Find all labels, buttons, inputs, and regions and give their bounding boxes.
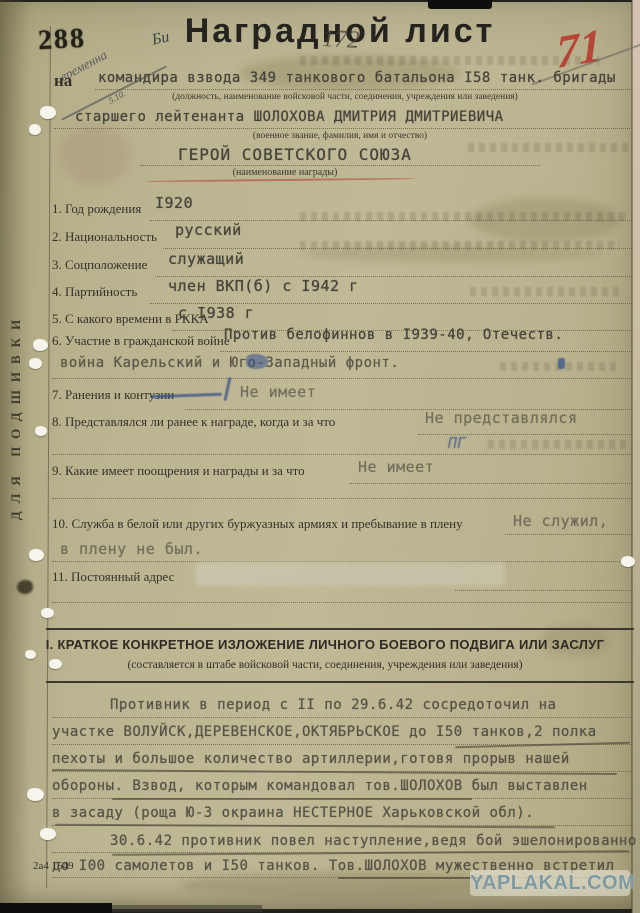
- hole: [49, 659, 62, 669]
- story-line-6: 30.6.42 противник повел наступление,ведя…: [52, 833, 640, 849]
- field-7-value: Не имеет: [240, 383, 316, 401]
- hole: [27, 788, 44, 801]
- pencil-underline: [338, 877, 483, 879]
- dotted-line: [95, 88, 630, 90]
- watermark: YAPLAKAL.COM: [470, 870, 630, 896]
- right-page-edge: [632, 0, 640, 913]
- dotted-line: [350, 482, 632, 484]
- field-9-value: Не имеет: [358, 458, 434, 476]
- story-line-2: участке ВОЛУЙСК,ДЕРЕВЕНСКОЕ,ОКТЯБРЬСКОЕ …: [52, 724, 637, 740]
- field-2-label: 2. Национальность: [52, 229, 157, 245]
- stamp-number: 288: [37, 23, 87, 57]
- dotted-line: [220, 350, 632, 352]
- scanned-document: Наградной лист 172 288 временна Би 5.10.…: [0, 0, 640, 913]
- story-line-4: обороны. Взвод, которым командовал тов.Ш…: [52, 778, 637, 794]
- bleed-through-text: [300, 56, 600, 65]
- hole: [33, 339, 48, 351]
- rank-caption: (военное звание, фамилия, имя и отчество…: [160, 131, 520, 141]
- field-1-value: I920: [155, 194, 193, 212]
- print-code: 2а4 1549: [33, 860, 74, 872]
- pencil-underline: [112, 798, 472, 800]
- bleed-through-text: [470, 287, 620, 296]
- hole: [621, 556, 635, 567]
- hole: [29, 124, 41, 135]
- dotted-line: [52, 716, 632, 718]
- field-1-label: 1. Год рождения: [52, 201, 141, 217]
- section-heading: I. КРАТКОЕ КОНКРЕТНОЕ ИЗЛОЖЕНИЕ ЛИЧНОГО …: [40, 637, 610, 652]
- right-edge-line: [631, 0, 633, 913]
- dotted-line: [140, 164, 540, 166]
- field-5-value: с I938 г: [178, 304, 254, 322]
- position-value: командира взвода 349 танкового батальона…: [98, 70, 616, 86]
- field-10-value-line2: в плену не был.: [60, 540, 203, 558]
- hole: [25, 650, 36, 659]
- field-3-value: служащий: [168, 250, 244, 268]
- dotted-line: [52, 601, 632, 603]
- dotted-line: [163, 247, 632, 249]
- hole: [29, 549, 44, 561]
- section-rule-bottom: [46, 681, 634, 683]
- blue-ink-blot: [246, 354, 268, 369]
- hole: [29, 358, 42, 369]
- dotted-line: [52, 497, 632, 499]
- hole: [40, 106, 56, 119]
- pencil-page-number: 172: [321, 25, 360, 55]
- field-9-label: 9. Какие имеет поощрения и награды и за …: [52, 463, 305, 479]
- field-8-label: 8. Представлялся ли ранее к награде, ког…: [52, 414, 335, 430]
- black-bar-bottom: [0, 903, 112, 913]
- blue-mark-pg: ПГ: [448, 434, 466, 452]
- dotted-line: [455, 589, 632, 591]
- story-line-5: в засаду (роща Ю-З окраина НЕСТЕРНОЕ Хар…: [52, 805, 637, 821]
- hole: [41, 608, 54, 618]
- field-10-label: 10. Служба в белой или других буржуазных…: [52, 516, 463, 532]
- hole: [35, 426, 47, 436]
- dotted-line: [505, 533, 632, 535]
- hole: [40, 828, 56, 840]
- field-8-value: Не представлялся: [425, 409, 578, 427]
- field-11-label: 11. Постоянный адрес: [52, 569, 174, 585]
- position-caption: (должность, наименование войсковой части…: [110, 92, 580, 102]
- section-rule-top: [46, 628, 634, 630]
- field-6-value: Против белофиннов в I939-40, Отечеств.: [224, 327, 563, 343]
- filing-margin-text: ДЛЯ ПОДШИВКИ: [8, 291, 24, 541]
- field-10-value: Не служил,: [513, 512, 608, 530]
- award-value: ГЕРОЙ СОВЕТСКОГО СОЮЗА: [178, 145, 412, 164]
- section-subheading: (составляется в штабе войсковой части, с…: [40, 659, 610, 671]
- field-6-label: 6. Участие в гражданской войне: [52, 333, 230, 349]
- dotted-line: [52, 453, 632, 455]
- field-2-value: русский: [175, 221, 242, 239]
- redacted-address: [195, 562, 505, 586]
- award-caption: (наименование награды): [170, 167, 400, 178]
- field-4-label: 4. Партийность: [52, 284, 137, 300]
- handwritten-initials: Би: [150, 28, 171, 49]
- dotted-line: [52, 377, 632, 379]
- rank-name-value: старшего лейтенанта ШОЛОХОВА ДМИТРИЯ ДМИ…: [75, 109, 504, 125]
- bleed-through-text: [468, 143, 628, 152]
- field-4-value: член ВКП(б) с I942 г: [168, 277, 359, 295]
- gray-bar-bottom: [112, 905, 262, 912]
- black-tab-top: [428, 0, 492, 9]
- story-line-1: Противник в период с II по 29.6.42 сосре…: [52, 697, 640, 713]
- dotted-line: [54, 127, 630, 129]
- preposition-na: на: [54, 71, 72, 91]
- bleed-through-text: [488, 440, 628, 449]
- ink-blot: [17, 580, 33, 594]
- story-line-3: пехоты и большое количество артиллерии,г…: [52, 751, 637, 767]
- blue-ink-dot: [558, 358, 565, 369]
- field-6-value-line2: война Карельский и Юго-Западный фронт.: [60, 355, 399, 371]
- stain: [60, 125, 130, 185]
- field-3-label: 3. Соцположение: [52, 257, 147, 273]
